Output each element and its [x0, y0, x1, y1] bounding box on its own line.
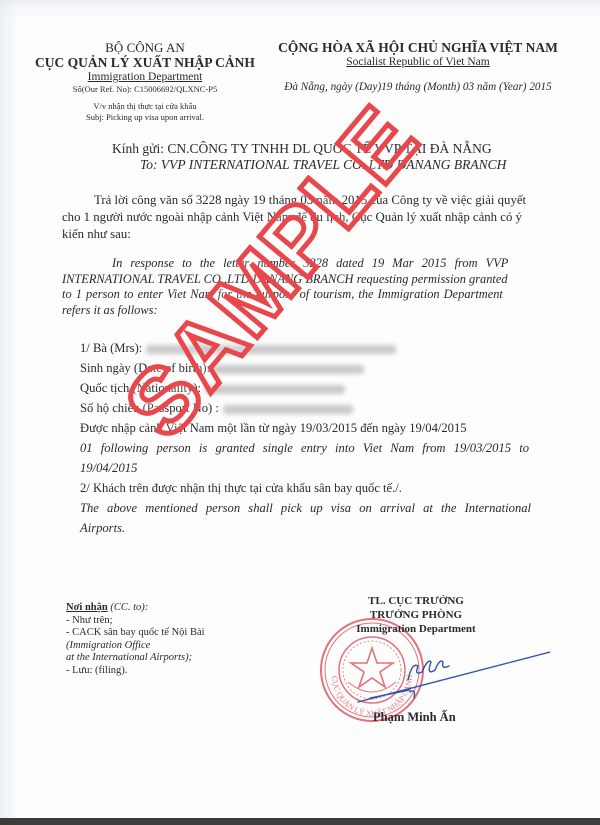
signatory-department: Immigration Department	[336, 622, 496, 636]
place-and-date: Đà Nẵng, ngày (Day)19 tháng (Month) 03 n…	[253, 81, 583, 94]
reference-number: Số(Our Ref. No): C15006692/QLXNC-P5	[20, 84, 270, 95]
intro-vi-line: kiến như sau:	[62, 226, 526, 243]
entry-permission-vi: Được nhập cảnh Việt Nam một lần từ ngày …	[80, 418, 531, 438]
entry-permission-en: 19/04/2015	[80, 458, 531, 478]
subject-en: Subj: Picking up visa upon arrival.	[20, 112, 270, 123]
pickup-instruction-en: Airports.	[80, 518, 531, 538]
signatory-name: Phạm Minh Ấn	[373, 710, 456, 725]
signatory-title: TL. CỤC TRƯỞNG	[336, 594, 496, 608]
redacted-passport	[223, 405, 353, 414]
recipient-en: To: VVP INTERNATIONAL TRAVEL CO.,LTD DAN…	[112, 157, 506, 173]
pickup-instruction-en: The above mentioned person shall pick up…	[80, 498, 531, 518]
nationality-label: Quốc tịch (Nationality):	[80, 381, 201, 395]
intro-en: In response to the letter number 3228 da…	[62, 256, 532, 318]
cc-title-row: Nơi nhận (CC. to):	[66, 602, 205, 615]
intro-vi: Trả lời công văn số 3228 ngày 19 tháng 0…	[62, 192, 526, 243]
ministry-name: BỘ CÔNG AN	[20, 40, 270, 55]
dob-label: Sinh ngày (Date of birth):	[80, 361, 210, 375]
name-label: 1/ Bà (Mrs):	[80, 341, 142, 355]
cc-item: at the International Airports);	[66, 652, 205, 665]
cc-list: Nơi nhận (CC. to): - Như trên; - CACK sâ…	[66, 602, 205, 677]
recipient-vi: Kính gửi: CN.CÔNG TY TNHH DL QUỐC TẾ VVP…	[112, 141, 506, 157]
intro-vi-line: cho 1 người nước ngoài nhập cảnh Việt Na…	[62, 209, 526, 226]
signatory-block: TL. CỤC TRƯỞNG TRƯỞNG PHÒNG Immigration …	[336, 594, 496, 636]
subject-vi: V/v nhận thị thực tại cửa khẩu	[20, 101, 270, 112]
pickup-instruction-vi: 2/ Khách trên được nhận thị thực tại cửa…	[80, 478, 531, 498]
cc-item: - Như trên;	[66, 615, 205, 628]
redacted-nationality	[205, 385, 345, 394]
cc-item: - CACK sân bay quốc tế Nội Bài	[66, 627, 205, 640]
cc-item: - Lưu: (filing).	[66, 665, 205, 678]
intro-en-line: In response to the letter number 3228 da…	[62, 256, 532, 272]
country-name: CỘNG HÒA XÃ HỘI CHỦ NGHĨA VIỆT NAM	[253, 40, 583, 56]
recipient: Kính gửi: CN.CÔNG TY TNHH DL QUỐC TẾ VVP…	[112, 141, 506, 173]
signatory-position: TRƯỞNG PHÒNG	[336, 608, 496, 622]
intro-vi-line: Trả lời công văn số 3228 ngày 19 tháng 0…	[62, 192, 526, 209]
signature-icon	[350, 640, 550, 710]
department-name: CỤC QUẢN LÝ XUẤT NHẬP CẢNH	[20, 55, 270, 71]
intro-en-line: refers it as follows:	[62, 303, 532, 319]
nationality-row: Quốc tịch (Nationality):	[80, 378, 531, 398]
redacted-name	[146, 345, 396, 354]
passport-row: Số hộ chiếu (Passport No) :	[80, 398, 531, 418]
scan-bottom-edge	[0, 818, 600, 825]
cc-item: (Immigration Office	[66, 640, 205, 653]
passport-label: Số hộ chiếu (Passport No) :	[80, 401, 219, 415]
cc-title-en: (CC. to):	[108, 602, 149, 613]
intro-en-line: INTERNATIONAL TRAVEL CO.,LTD DANANG BRAN…	[62, 272, 532, 288]
cc-title: Nơi nhận	[66, 602, 108, 613]
person-details: 1/ Bà (Mrs): Sinh ngày (Date of birth): …	[80, 338, 531, 538]
intro-en-line: to 1 person to enter Viet Nam for the pu…	[62, 287, 532, 303]
name-row: 1/ Bà (Mrs):	[80, 338, 531, 358]
country-name-en: Socialist Republic of Viet Nam	[253, 56, 583, 69]
dob-row: Sinh ngày (Date of birth):	[80, 358, 531, 378]
department-name-en: Immigration Department	[20, 71, 270, 84]
entry-permission-en: 01 following person is granted single en…	[80, 438, 531, 458]
redacted-dob	[214, 365, 364, 374]
issuer-header: BỘ CÔNG AN CỤC QUẢN LÝ XUẤT NHẬP CẢNH Im…	[20, 40, 270, 123]
state-header: CỘNG HÒA XÃ HỘI CHỦ NGHĨA VIỆT NAM Socia…	[253, 40, 583, 94]
